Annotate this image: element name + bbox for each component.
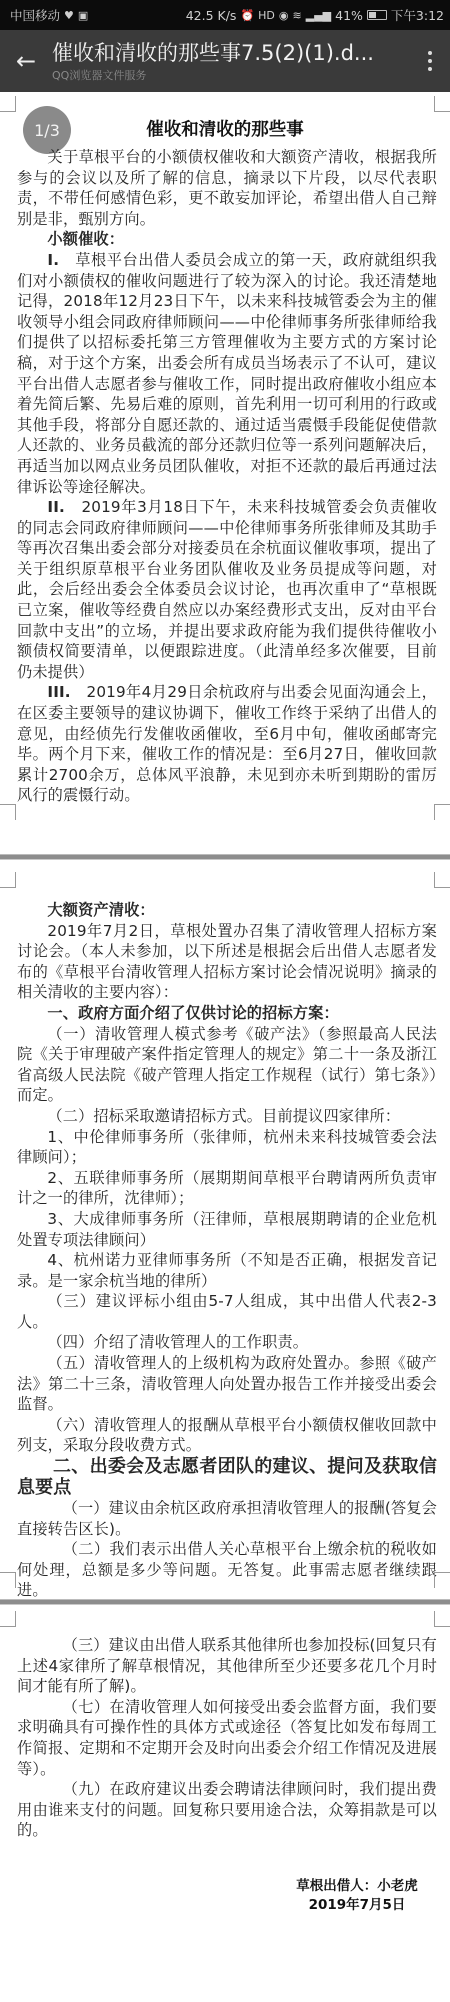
document-heading: 催收和清收的那些事	[0, 116, 450, 141]
heart-health-icon: ♥	[64, 9, 74, 22]
wifi-icon: ≋	[293, 9, 302, 22]
page-1-body: 关于草根平台的小额债权催收和大额资产清收，根据我所参与的会议以及所了解的信息，摘…	[17, 147, 437, 806]
status-right-group: 42.5 K/s ⏰ HD ◉ ≋ ▂▄▆ 41% 下午3:12	[186, 6, 444, 24]
page-corner-mark	[0, 1572, 16, 1588]
committee-item: （二）我们表示出借人关心草根平台上缴余杭的税收如何处理，总额是多少等问题。无答复…	[17, 1539, 437, 1601]
committee-item: （九）在政府建议出委会聘请法律顾问时，我们提出费用由谁来支付的问题。回复称只要用…	[17, 1779, 437, 1841]
dot-icon	[428, 59, 432, 63]
document-viewer[interactable]: 1/3 催收和清收的那些事 关于草根平台的小额债权催收和大额资产清收，根据我所参…	[0, 92, 450, 2002]
document-page-3: （三）建议由出借人联系其他律所也参加投标(回复只有上述4家律所了解草根情况，其他…	[0, 1607, 450, 2002]
page-corner-mark	[0, 1611, 16, 1627]
dot-icon	[428, 67, 432, 71]
gov-item: （二）招标采取邀请招标方式。目前提议四家律所：	[17, 1106, 437, 1127]
page-2-body: 大额资产清收： 2019年7月2日，草根处置办召集了清收管理人招标方案讨论会。（…	[17, 900, 437, 1601]
item-3-paragraph: III. 2019年4月29日余杭政府与出委会见面沟通会上，在区委主要领导的建议…	[17, 682, 437, 806]
page-corner-mark	[0, 872, 16, 888]
signature-date: 2019年7月5日	[282, 1896, 432, 1915]
battery-charging-icon	[367, 10, 387, 20]
gov-item: （六）清收管理人的报酬从草根平台小额债权催收回款中列支，采取分段收费方式。	[17, 1415, 437, 1456]
app-bar: ← 催收和清收的那些事7.5(2)(1).d... QQ浏览器文件服务	[0, 30, 450, 92]
carrier-group: 中国移动 ♥ ▣	[10, 6, 88, 24]
title-group: 催收和清收的那些事7.5(2)(1).d... QQ浏览器文件服务	[52, 38, 410, 84]
committee-heading: 二、出委会及志愿者团队的建议、提问及获取信息要点	[17, 1456, 437, 1498]
section-heading-small-collection: 小额催收：	[17, 229, 437, 250]
item-2-paragraph: II. 2019年3月18日下午，未来科技城管委会负责催收的同志会同政府律师顾问…	[17, 497, 437, 682]
page-corner-mark	[434, 1611, 450, 1627]
battery-percent: 41%	[335, 8, 363, 23]
signature-block: 草根出借人：小老虎 2019年7月5日	[282, 1877, 432, 1915]
gov-item: （三）建议评标小组由5-7人组成，其中出借人代表2-3人。	[17, 1291, 437, 1332]
item-3-text: 2019年4月29日余杭政府与出委会见面沟通会上，在区委主要领导的建议协调下，催…	[17, 683, 437, 804]
section-heading-large-recovery: 大额资产清收：	[17, 900, 437, 921]
notification-app-icon: ▣	[78, 9, 88, 22]
signature-name: 草根出借人：小老虎	[282, 1877, 432, 1896]
clock-time: 下午3:12	[391, 6, 444, 24]
gov-plan-heading: 一、政府方面介绍了仅供讨论的招标方案：	[17, 1003, 437, 1024]
status-bar: 中国移动 ♥ ▣ 42.5 K/s ⏰ HD ◉ ≋ ▂▄▆ 41% 下午3:1…	[0, 0, 450, 30]
page-separator	[0, 1599, 450, 1605]
law-firm-item: 3、大成律师事务所（汪律师，草根展期聘请的企业危机处置专项法律顾问）	[17, 1209, 437, 1250]
page-corner-mark	[0, 804, 16, 820]
page-corner-mark	[434, 96, 450, 112]
gov-item: （五）清收管理人的上级机构为政府处置办。参照《破产法》第二十三条，清收管理人向处…	[17, 1353, 437, 1415]
network-speed: 42.5 K/s	[186, 8, 237, 23]
law-firm-item: 1、中伦律师事务所（张律师，杭州未来科技城管委会法律顾问）；	[17, 1127, 437, 1168]
page-corner-mark	[434, 872, 450, 888]
signal-icon: ▂▄▆	[306, 9, 331, 22]
gov-item: （一）清收管理人模式参考《破产法》（参照最高人民法院《关于审理破产案件指定管理人…	[17, 1024, 437, 1106]
dot-icon	[428, 51, 432, 55]
item-2-text: 2019年3月18日下午，未来科技城管委会负责催收的同志会同政府律师顾问——中伦…	[17, 498, 437, 681]
committee-item: （一）建议由余杭区政府承担清收管理人的报酬(答复会直接转告区长)。	[17, 1498, 437, 1539]
item-3-label: III.	[47, 683, 70, 701]
page-corner-mark	[434, 1572, 450, 1588]
item-1-text: 草根平台出借人委员会成立的第一天，政府就组织我们对小额债权的催收问题进行了较为深…	[17, 251, 437, 496]
committee-item: （七）在清收管理人如何接受出委会监督方面，我们要求明确具有可操作性的具体方式或途…	[17, 1697, 437, 1779]
more-options-button[interactable]	[410, 30, 450, 92]
carrier-label: 中国移动	[10, 6, 60, 24]
document-page-2: 大额资产清收： 2019年7月2日，草根处置办召集了清收管理人招标方案讨论会。（…	[0, 864, 450, 1589]
intro-paragraph: 关于草根平台的小额债权催收和大额资产清收，根据我所参与的会议以及所了解的信息，摘…	[17, 147, 437, 229]
hd-icon: HD	[258, 9, 275, 22]
document-source: QQ浏览器文件服务	[52, 68, 410, 84]
law-firm-item: 4、杭州诺力亚律师事务所（不知是否正确，根据发音记录。是一家余杭当地的律所）	[17, 1250, 437, 1291]
alarm-icon: ⏰	[240, 9, 254, 22]
item-1-paragraph: I. 草根平台出借人委员会成立的第一天，政府就组织我们对小额债权的催收问题进行了…	[17, 250, 437, 497]
document-page-1: 1/3 催收和清收的那些事 关于草根平台的小额债权催收和大额资产清收，根据我所参…	[0, 92, 450, 838]
item-2-label: II.	[47, 498, 65, 516]
gov-item: （四）介绍了清收管理人的工作职责。	[17, 1332, 437, 1353]
page-corner-mark	[434, 804, 450, 820]
back-button[interactable]: ←	[0, 30, 52, 92]
arrow-left-icon: ←	[16, 47, 36, 75]
item-1-label: I.	[47, 251, 59, 269]
page-3-body: （三）建议由出借人联系其他律所也参加投标(回复只有上述4家律所了解草根情况，其他…	[17, 1635, 437, 1841]
page-corner-mark	[0, 96, 16, 112]
meeting-paragraph: 2019年7月2日，草根处置办召集了清收管理人招标方案讨论会。（本人未参加，以下…	[17, 921, 437, 1003]
eye-comfort-icon: ◉	[279, 9, 289, 22]
committee-item: （三）建议由出借人联系其他律所也参加投标(回复只有上述4家律所了解草根情况，其他…	[17, 1635, 437, 1697]
page-separator	[0, 854, 450, 860]
law-firm-item: 2、五联律师事务所（展期期间草根平台聘请两所负责审计之一的律所，沈律师）；	[17, 1168, 437, 1209]
document-title: 催收和清收的那些事7.5(2)(1).d...	[52, 40, 410, 66]
